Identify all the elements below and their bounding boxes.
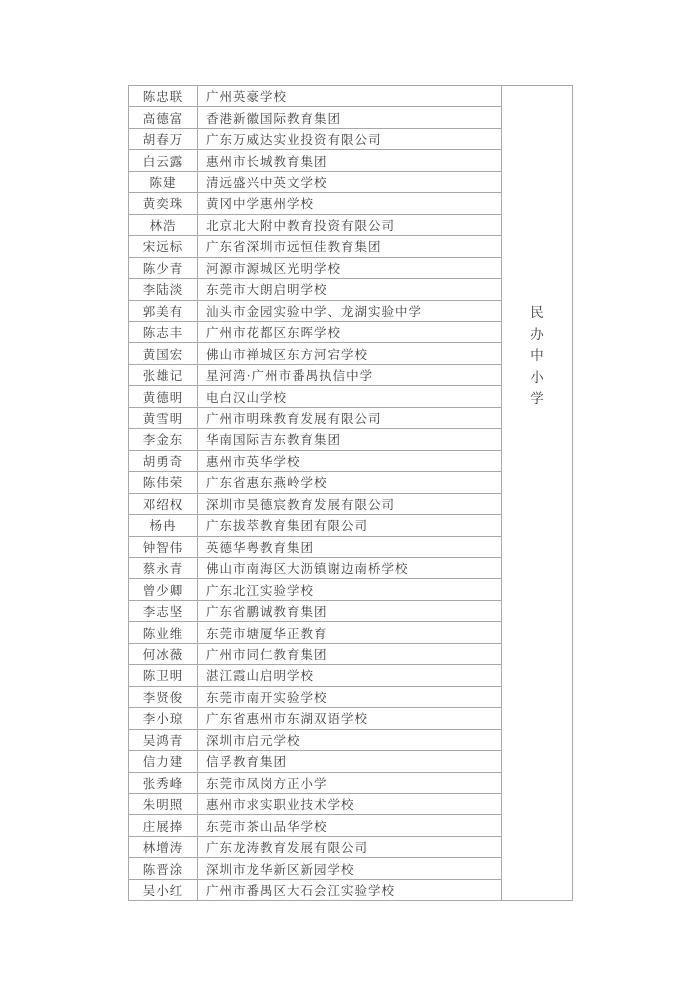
table-row: 曾少卿 广东北江实验学校 [129, 579, 501, 600]
person-name: 张秀峰 [129, 773, 198, 793]
person-name: 庄展捧 [129, 815, 198, 835]
table-row: 高德富 香港新徽国际教育集团 [129, 107, 501, 128]
person-name: 陈业维 [129, 622, 198, 642]
person-name: 何冰薇 [129, 644, 198, 664]
organization-name: 惠州市长城教育集团 [198, 150, 501, 170]
organization-name: 星河湾·广州市番禺执信中学 [198, 365, 501, 385]
table-row: 李志坚 广东省鹏诚教育集团 [129, 601, 501, 622]
organization-name: 香港新徽国际教育集团 [198, 107, 501, 127]
table-row: 杨冉 广东拔萃教育集团有限公司 [129, 515, 501, 536]
organization-name: 广东北江实验学校 [198, 579, 501, 599]
table-row: 张雄记 星河湾·广州市番禺执信中学 [129, 365, 501, 386]
table-row: 吴鸿青 深圳市启元学校 [129, 730, 501, 751]
person-name: 高德富 [129, 107, 198, 127]
organization-name: 佛山市南海区大沥镇谢边南桥学校 [198, 558, 501, 578]
table-row: 陈卫明 湛江霞山启明学校 [129, 665, 501, 686]
table-row: 林增涛 广东龙涛教育发展有限公司 [129, 837, 501, 858]
table-row: 黄国宏 佛山市禅城区东方河宕学校 [129, 343, 501, 364]
person-name: 李小琼 [129, 708, 198, 728]
person-name: 胡勇奇 [129, 451, 198, 471]
person-name: 李贤俊 [129, 687, 198, 707]
person-name: 李陆淡 [129, 279, 198, 299]
organization-name: 汕头市金园实验中学、龙湖实验中学 [198, 301, 501, 321]
person-name: 曾少卿 [129, 579, 198, 599]
organization-name: 广州市番禺区大石会江实验学校 [198, 880, 501, 900]
organization-name: 东莞市南开实验学校 [198, 687, 501, 707]
table-row: 黄雪明 广州市明珠教育发展有限公司 [129, 408, 501, 429]
person-name: 陈晋涂 [129, 858, 198, 878]
organization-name: 广东省深圳市远恒佳教育集团 [198, 236, 501, 256]
person-name: 吴小红 [129, 880, 198, 900]
organization-name: 信孚教育集团 [198, 751, 501, 771]
organization-name: 清远盛兴中英文学校 [198, 172, 501, 192]
organization-name: 电白汉山学校 [198, 386, 501, 406]
organization-name: 东莞市大朗启明学校 [198, 279, 501, 299]
organization-name: 深圳市启元学校 [198, 730, 501, 750]
organization-name: 广东龙涛教育发展有限公司 [198, 837, 501, 857]
person-name: 张雄记 [129, 365, 198, 385]
table-row: 胡春万 广东万威达实业投资有限公司 [129, 129, 501, 150]
table-row: 李贤俊 东莞市南开实验学校 [129, 687, 501, 708]
person-name: 蔡永青 [129, 558, 198, 578]
table-row: 黄奕珠 黄冈中学惠州学校 [129, 193, 501, 214]
person-name: 陈建 [129, 172, 198, 192]
person-name: 陈伟荣 [129, 472, 198, 492]
table-row: 郭美有 汕头市金园实验中学、龙湖实验中学 [129, 301, 501, 322]
organization-name: 东莞市塘厦华正教育 [198, 622, 501, 642]
table-row: 蔡永青 佛山市南海区大沥镇谢边南桥学校 [129, 558, 501, 579]
table-row: 陈建 清远盛兴中英文学校 [129, 172, 501, 193]
table-row: 李小琼 广东省惠州市东湖双语学校 [129, 708, 501, 729]
table-row: 林浩 北京北大附中教育投资有限公司 [129, 215, 501, 236]
table-row: 白云露 惠州市长城教育集团 [129, 150, 501, 171]
organization-name: 广州市花都区东晖学校 [198, 322, 501, 342]
table-row: 陈业维 东莞市塘厦华正教育 [129, 622, 501, 643]
person-name: 邓绍权 [129, 494, 198, 514]
organization-name: 广州市同仁教育集团 [198, 644, 501, 664]
table-row: 胡勇奇 惠州市英华学校 [129, 451, 501, 472]
organization-name: 惠州市求实职业技术学校 [198, 794, 501, 814]
organization-name: 黄冈中学惠州学校 [198, 193, 501, 213]
organization-name: 深圳市昊德宸教育发展有限公司 [198, 494, 501, 514]
document-page: 陈忠联 广州英豪学校 高德富 香港新徽国际教育集团 胡春万 广东万威达实业投资有… [0, 0, 700, 990]
person-name: 黄国宏 [129, 343, 198, 363]
table-row: 陈少青 河源市源城区光明学校 [129, 258, 501, 279]
table-row: 吴小红 广州市番禺区大石会江实验学校 [129, 880, 501, 900]
organization-name: 北京北大附中教育投资有限公司 [198, 215, 501, 235]
table-row: 李陆淡 东莞市大朗启明学校 [129, 279, 501, 300]
person-name: 吴鸿青 [129, 730, 198, 750]
organization-name: 广东万威达实业投资有限公司 [198, 129, 501, 149]
organization-name: 华南国际吉东教育集团 [198, 429, 501, 449]
roster-table: 陈忠联 广州英豪学校 高德富 香港新徽国际教育集团 胡春万 广东万威达实业投资有… [128, 85, 573, 901]
person-name: 陈忠联 [129, 86, 198, 106]
person-name: 黄雪明 [129, 408, 198, 428]
table-row: 钟智伟 英德华粤教育集团 [129, 537, 501, 558]
table-row: 陈忠联 广州英豪学校 [129, 86, 501, 107]
organization-name: 佛山市禅城区东方河宕学校 [198, 343, 501, 363]
table-row: 宋远标 广东省深圳市远恒佳教育集团 [129, 236, 501, 257]
person-name: 黄德明 [129, 386, 198, 406]
organization-name: 惠州市英华学校 [198, 451, 501, 471]
organization-name: 英德华粤教育集团 [198, 537, 501, 557]
category-label: 民办中小学 [530, 302, 545, 410]
person-name: 白云露 [129, 150, 198, 170]
organization-name: 广东省惠东燕岭学校 [198, 472, 501, 492]
organization-name: 广州市明珠教育发展有限公司 [198, 408, 501, 428]
person-name: 陈卫明 [129, 665, 198, 685]
person-name: 黄奕珠 [129, 193, 198, 213]
organization-name: 湛江霞山启明学校 [198, 665, 501, 685]
table-row: 陈晋涂 深圳市龙华新区新园学校 [129, 858, 501, 879]
person-name: 陈少青 [129, 258, 198, 278]
person-name: 胡春万 [129, 129, 198, 149]
person-name: 杨冉 [129, 515, 198, 535]
table-row: 陈伟荣 广东省惠东燕岭学校 [129, 472, 501, 493]
table-row: 李金东 华南国际吉东教育集团 [129, 429, 501, 450]
person-name: 李志坚 [129, 601, 198, 621]
organization-name: 广东拔萃教育集团有限公司 [198, 515, 501, 535]
person-name: 朱明照 [129, 794, 198, 814]
organization-name: 广州英豪学校 [198, 86, 501, 106]
person-name: 林浩 [129, 215, 198, 235]
organization-name: 东莞市茶山品华学校 [198, 815, 501, 835]
organization-name: 东莞市凤岗方正小学 [198, 773, 501, 793]
organization-name: 广东省惠州市东湖双语学校 [198, 708, 501, 728]
table-body: 陈忠联 广州英豪学校 高德富 香港新徽国际教育集团 胡春万 广东万威达实业投资有… [129, 86, 501, 900]
person-name: 李金东 [129, 429, 198, 449]
person-name: 宋远标 [129, 236, 198, 256]
table-row: 何冰薇 广州市同仁教育集团 [129, 644, 501, 665]
table-row: 邓绍权 深圳市昊德宸教育发展有限公司 [129, 494, 501, 515]
table-row: 张秀峰 东莞市凤岗方正小学 [129, 773, 501, 794]
organization-name: 深圳市龙华新区新园学校 [198, 858, 501, 878]
person-name: 陈志丰 [129, 322, 198, 342]
table-row: 庄展捧 东莞市茶山品华学校 [129, 815, 501, 836]
table-row: 朱明照 惠州市求实职业技术学校 [129, 794, 501, 815]
organization-name: 广东省鹏诚教育集团 [198, 601, 501, 621]
person-name: 郭美有 [129, 301, 198, 321]
person-name: 信力建 [129, 751, 198, 771]
category-column: 民办中小学 [501, 86, 572, 900]
person-name: 钟智伟 [129, 537, 198, 557]
table-row: 陈志丰 广州市花都区东晖学校 [129, 322, 501, 343]
organization-name: 河源市源城区光明学校 [198, 258, 501, 278]
table-row: 信力建 信孚教育集团 [129, 751, 501, 772]
table-row: 黄德明 电白汉山学校 [129, 386, 501, 407]
person-name: 林增涛 [129, 837, 198, 857]
